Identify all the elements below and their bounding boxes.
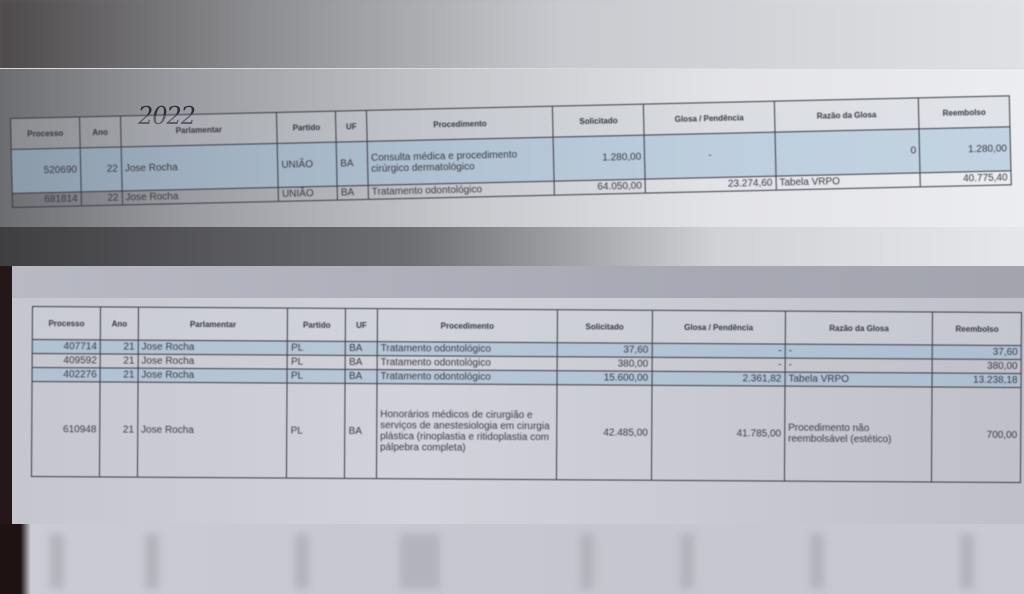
cell-reembolso: 1.280,00 (919, 127, 1011, 173)
cell-partido: PL (287, 355, 345, 369)
cell-partido: PL (287, 383, 346, 478)
col-processo: Processo (32, 307, 100, 340)
cell-procedimento: Tratamento odontológico (377, 342, 557, 357)
col-partido: Partido (277, 111, 337, 143)
cell-procedimento: Tratamento odontológico (377, 356, 557, 371)
cell-glosa: 23.274,60 (645, 176, 776, 193)
col-ano: Ano (79, 116, 121, 148)
cell-parlamentar: Jose Rocha (138, 354, 288, 369)
col-solicitado: Solicitado (557, 310, 652, 344)
cell-partido: UNIÃO (278, 186, 337, 201)
cell-parlamentar: Jose Rocha (138, 340, 288, 355)
background-blur-bottom (0, 524, 1024, 594)
reimbursement-table-2021: Processo Ano Parlamentar Partido UF Proc… (31, 306, 1022, 483)
cell-solicitado: 37,60 (557, 343, 652, 358)
cell-partido: PL (287, 369, 345, 383)
col-razao: Razão da Glosa (774, 98, 919, 132)
blurred-line (580, 534, 594, 589)
cell-glosa: - (644, 132, 776, 179)
cell-razao: - (785, 358, 933, 373)
cell-processo: 402276 (32, 368, 100, 382)
cell-solicitado: 380,00 (557, 357, 652, 372)
cell-glosa: 2.361,82 (652, 371, 785, 386)
blurred-line (680, 534, 694, 589)
col-reembolso: Reembolso (918, 96, 1010, 129)
cell-parlamentar: Jose Rocha (122, 187, 279, 205)
cell-ano: 21 (100, 382, 138, 477)
cell-uf: BA (336, 141, 368, 186)
cell-ano: 21 (100, 340, 138, 354)
cell-reembolso: 13.238,18 (932, 373, 1021, 388)
cell-solicitado: 42.485,00 (556, 385, 651, 481)
col-uf: UF (336, 110, 368, 142)
blurred-line (295, 534, 309, 589)
cell-procedimento: Honorários médicos de cirurgião e serviç… (376, 384, 557, 480)
col-razao: Razão da Glosa (785, 311, 933, 345)
col-glosa: Glosa / Pendência (652, 310, 785, 344)
cell-parlamentar: Jose Rocha (121, 143, 278, 191)
col-uf: UF (346, 308, 378, 341)
cell-processo: 407714 (32, 340, 100, 354)
cell-processo: 520690 (11, 148, 81, 194)
cell-processo: 610948 (31, 382, 100, 477)
cell-uf: BA (345, 383, 377, 478)
cell-ano: 22 (80, 147, 122, 192)
cell-processo: 409592 (32, 354, 100, 368)
cell-solicitado: 1.280,00 (553, 135, 645, 181)
blurred-line (810, 534, 824, 589)
cell-glosa: - (652, 357, 785, 372)
cell-partido: PL (288, 341, 346, 355)
cell-parlamentar: Jose Rocha (138, 368, 288, 383)
cell-procedimento: Consulta médica e procedimento cirúrgico… (367, 137, 554, 185)
col-procedimento: Procedimento (377, 309, 557, 343)
cell-razao: 0 (775, 129, 920, 176)
cell-uf: BA (345, 369, 377, 383)
cell-razao: Tabela VRPO (776, 173, 921, 190)
cell-ano: 21 (100, 354, 138, 368)
col-glosa: Glosa / Pendência (644, 101, 775, 135)
cell-reembolso: 700,00 (932, 387, 1021, 483)
cell-glosa: - (652, 343, 785, 358)
cell-razao: Procedimento não reembolsável (estético) (784, 386, 932, 482)
cell-reembolso: 380,00 (933, 359, 1022, 374)
cell-glosa: 41.785,00 (651, 385, 785, 481)
cell-parlamentar: Jose Rocha (137, 382, 287, 478)
col-partido: Partido (288, 308, 346, 341)
col-reembolso: Reembolso (933, 312, 1022, 346)
cell-uf: BA (346, 341, 378, 355)
sheet-shadow (12, 266, 1024, 298)
table-row: 610948 21 Jose Rocha PL BA Honorários mé… (31, 382, 1021, 483)
col-procedimento: Procedimento (366, 106, 553, 141)
col-ano: Ano (100, 307, 138, 340)
blurred-line (50, 534, 64, 589)
blurred-line (400, 534, 440, 589)
cell-reembolso: 37,60 (933, 345, 1022, 360)
cell-reembolso: 40.775,40 (920, 171, 1011, 187)
cell-processo: 681814 (12, 192, 81, 208)
cell-procedimento: Tratamento odontológico (377, 370, 557, 385)
blurred-line (960, 534, 974, 589)
col-parlamentar: Parlamentar (120, 112, 277, 147)
background-blur-top (0, 0, 1024, 70)
col-processo: Processo (11, 117, 81, 150)
cell-solicitado: 64.050,00 (554, 179, 645, 195)
cell-uf: BA (345, 355, 377, 369)
blurred-line (145, 534, 159, 589)
sheet-shadow (0, 227, 1024, 267)
cell-razao: Tabela VRPO (785, 372, 933, 387)
cell-ano: 22 (81, 191, 122, 206)
cell-ano: 21 (100, 368, 138, 382)
col-parlamentar: Parlamentar (138, 307, 288, 341)
cell-solicitado: 15.600,00 (557, 371, 652, 386)
cell-uf: BA (337, 185, 368, 200)
col-solicitado: Solicitado (553, 104, 644, 137)
cell-razao: - (785, 344, 933, 359)
cell-partido: UNIÃO (277, 142, 337, 187)
